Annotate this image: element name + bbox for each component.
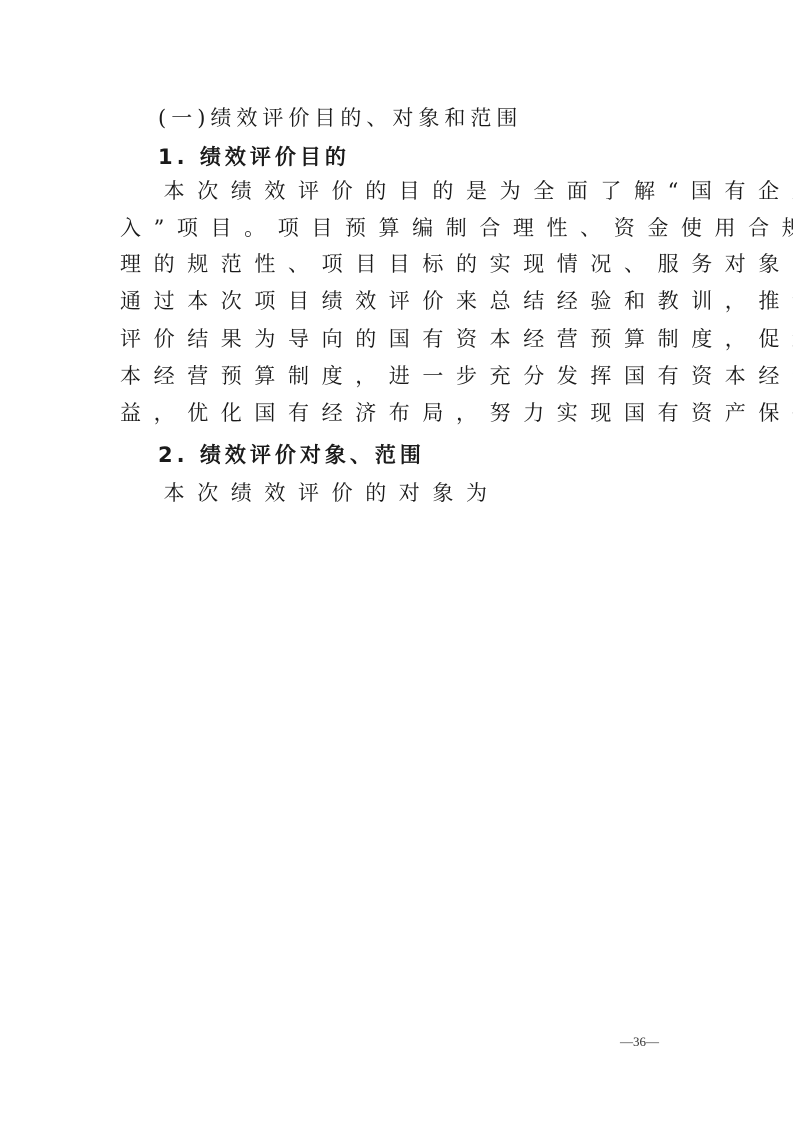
paragraph-line: 本次绩效评价的对象为 [130, 481, 690, 505]
paragraph-line: 本次绩效评价的目的是为全面了解“国有企业资本金注 [130, 179, 690, 203]
section-heading: (一)绩效评价目的、对象和范围 [158, 106, 718, 130]
paragraph-line: 评价结果为导向的国有资本经营预算制度，促进完善国有资 [120, 327, 680, 351]
paragraph-line: 通过本次项目绩效评价来总结经验和教训，推动建立以绩效 [120, 289, 680, 313]
document-page: (一)绩效评价目的、对象和范围 1. 绩效评价目的 本次绩效评价的目的是为全面了… [0, 0, 793, 1122]
page-number: —36— [620, 1034, 659, 1050]
paragraph-line: 入”项目。项目预算编制合理性、资金使用合规性、项目管 [120, 216, 680, 240]
subsection-1-title: 1. 绩效评价目的 [158, 145, 718, 169]
subsection-2-title: 2. 绩效评价对象、范围 [158, 443, 718, 467]
paragraph-line: 本经营预算制度，进一步充分发挥国有资本经营预算资金效 [120, 364, 680, 388]
paragraph-line: 理的规范性、项目目标的实现情况、服务对象的满意度等， [120, 252, 680, 276]
paragraph-line: 益，优化国有经济布局，努力实现国有资产保值增值。 [120, 401, 680, 425]
